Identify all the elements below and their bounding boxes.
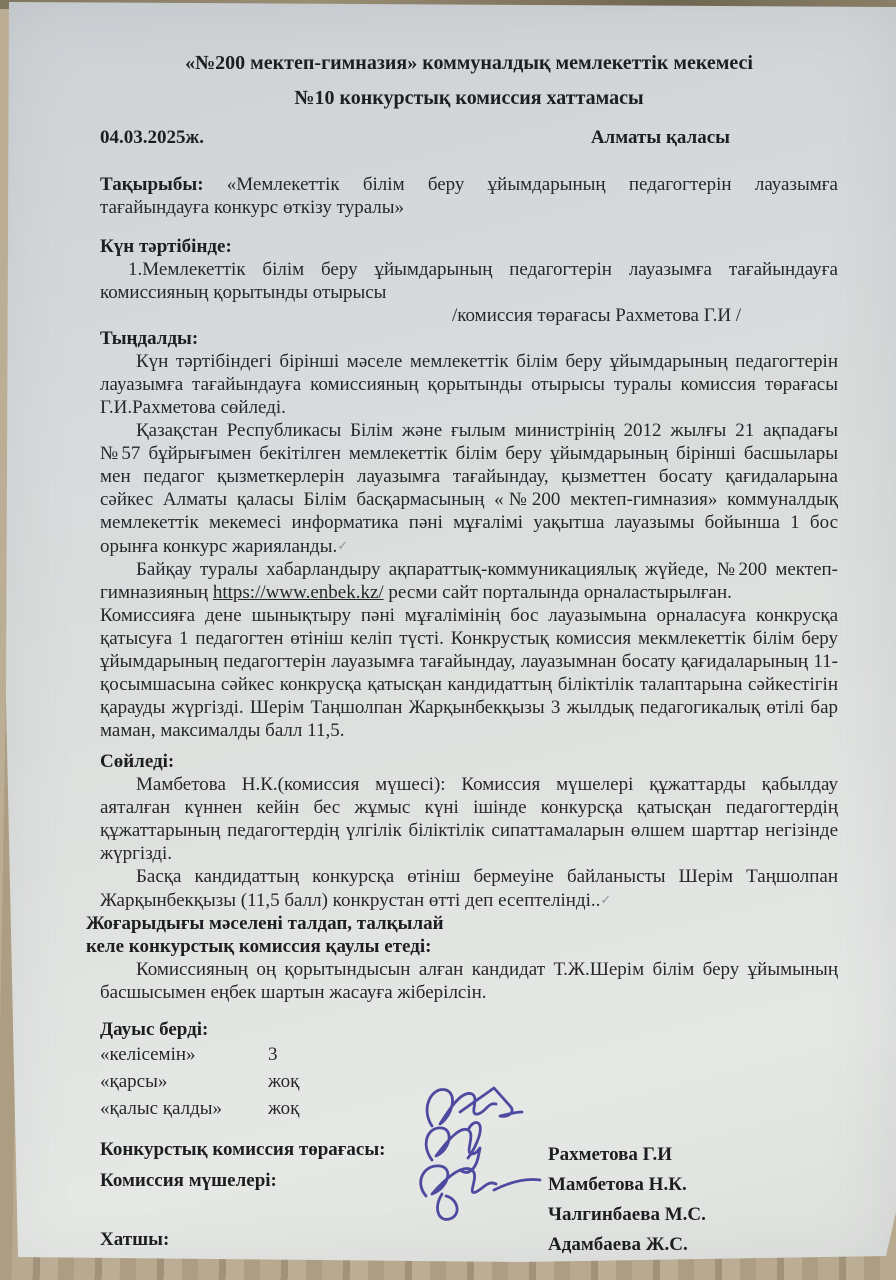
signature-stroke-member2 xyxy=(421,1166,540,1220)
signatory-names: Рахметова Г.И Мамбетова Н.К. Чалгинбаева… xyxy=(548,1140,706,1260)
vote-value: жоқ xyxy=(268,1095,299,1122)
signatures-ink xyxy=(398,1078,568,1243)
order-paragraph: Қазақстан Республикасы Білім және ғылым … xyxy=(100,419,838,558)
agenda-heading: Күн тәртібінде: xyxy=(100,235,838,258)
vote-label: «қарсы» xyxy=(100,1068,268,1095)
signature-stroke-chair xyxy=(427,1088,522,1126)
heard-paragraph: Күн тәртібіндегі бірінші мәселе мемлекет… xyxy=(100,350,838,419)
site-link: https://www.enbek.kz/ xyxy=(213,582,384,603)
signatory-name: Мамбетова Н.К. xyxy=(548,1170,706,1200)
signatory-name: Адамбаева Ж.С. xyxy=(548,1230,706,1260)
org-title: «№200 мектеп-гимназия» коммуналдық мемле… xyxy=(100,52,838,75)
document-city: Алматы қаласы xyxy=(591,126,730,149)
result-paragraph: Басқа кандидаттың конкурсқа өтініш берме… xyxy=(100,865,838,912)
document-date: 04.03.2025ж. xyxy=(100,126,204,149)
date-city-row: 04.03.2025ж. Алматы қаласы xyxy=(100,126,838,149)
document-page: «№200 мектеп-гимназия» коммуналдық мемле… xyxy=(0,0,896,1280)
topic-label: Тақырыбы: xyxy=(100,174,204,195)
announcement-after: ресми сайт порталында орналастырылған. xyxy=(384,582,732,603)
result-text: Басқа кандидаттың конкурсқа өтініш берме… xyxy=(100,866,838,911)
checkmark-icon: ✓ xyxy=(600,892,611,907)
application-paragraph: Комиссияға дене шынықтыру пәні мұғалімін… xyxy=(100,604,838,742)
heard-heading: Тыңдалды: xyxy=(100,327,838,350)
signatory-name: Рахметова Г.И xyxy=(548,1140,706,1170)
decision-heading-line2: келе конкурстық комиссия қаулы етеді: xyxy=(86,935,838,958)
protocol-title: №10 конкурстық комиссия хаттамасы xyxy=(100,87,838,110)
signatory-name: Чалгинбаева М.С. xyxy=(548,1200,706,1230)
topic-text: «Мемлекеттік білім беру ұйымдарының педа… xyxy=(100,174,838,218)
decision-paragraph: Комиссияның оң қорытындысын алған кандид… xyxy=(100,958,838,1004)
spoke-heading: Сөйледі: xyxy=(100,750,838,773)
chair-signature-label: Конкурстық комиссия төрағасы: xyxy=(100,1138,386,1161)
order-text: Қазақстан Республикасы Білім және ғылым … xyxy=(100,420,838,557)
members-signature-label: Комиссия мүшелері: xyxy=(100,1169,277,1192)
vote-value: 3 xyxy=(268,1041,278,1068)
decision-heading-line1: Жоғарыдығы мәселені талдап, талқылай xyxy=(86,912,838,935)
agenda-item: 1.Мемлекеттік білім беру ұйымдарының пед… xyxy=(100,258,838,304)
vote-label: «қалыс қалды» xyxy=(100,1095,268,1122)
vote-row: «келісемін» 3 xyxy=(100,1041,838,1068)
vote-label: «келісемін» xyxy=(100,1041,268,1068)
vote-heading: Дауыс берді: xyxy=(100,1018,838,1041)
spoke-paragraph: Мамбетова Н.К.(комиссия мүшесі): Комисси… xyxy=(100,773,838,865)
chairman-note: /комиссия төрағасы Рахметова Г.И / xyxy=(100,304,838,327)
topic-paragraph: Тақырыбы: «Мемлекеттік білім беру ұйымда… xyxy=(100,173,838,219)
vote-value: жоқ xyxy=(268,1068,299,1095)
announcement-paragraph: Байқау туралы хабарландыру ақпараттық-ко… xyxy=(100,558,838,604)
checkmark-icon: ✓ xyxy=(337,538,348,553)
secretary-signature-label: Хатшы: xyxy=(100,1228,169,1251)
